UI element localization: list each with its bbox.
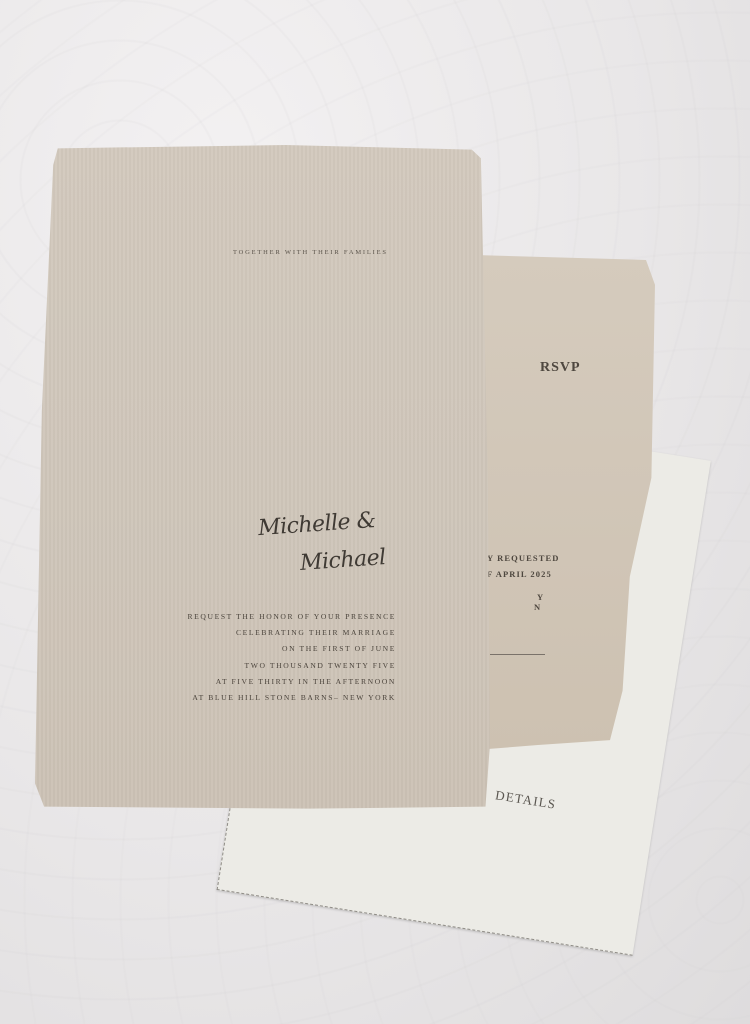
invitation-line: REQUEST THE HONOR OF YOUR PRESENCE bbox=[188, 609, 396, 625]
invitation-line: ON THE FIRST OF JUNE bbox=[188, 641, 396, 657]
invitation-line: AT BLUE HILL STONE BARNS– NEW YORK bbox=[188, 690, 396, 706]
rsvp-request-line: Y REQUESTED bbox=[487, 553, 559, 563]
invitation-card bbox=[35, 145, 490, 810]
rsvp-title: RSVP bbox=[540, 360, 581, 376]
rsvp-no-option: N bbox=[534, 602, 541, 612]
invitation-line: AT FIVE THIRTY IN THE AFTERNOON bbox=[188, 674, 396, 690]
rsvp-yes-option: Y bbox=[537, 592, 544, 602]
invitation-header: TOGETHER WITH THEIR FAMILIES bbox=[233, 249, 388, 256]
invitation-body: REQUEST THE HONOR OF YOUR PRESENCE CELEB… bbox=[188, 609, 396, 706]
invitation-line: CELEBRATING THEIR MARRIAGE bbox=[188, 625, 396, 641]
rsvp-signature-line bbox=[490, 654, 545, 655]
invitation-line: TWO THOUSAND TWENTY FIVE bbox=[188, 658, 396, 674]
rsvp-date-line: F APRIL 2025 bbox=[487, 569, 552, 579]
